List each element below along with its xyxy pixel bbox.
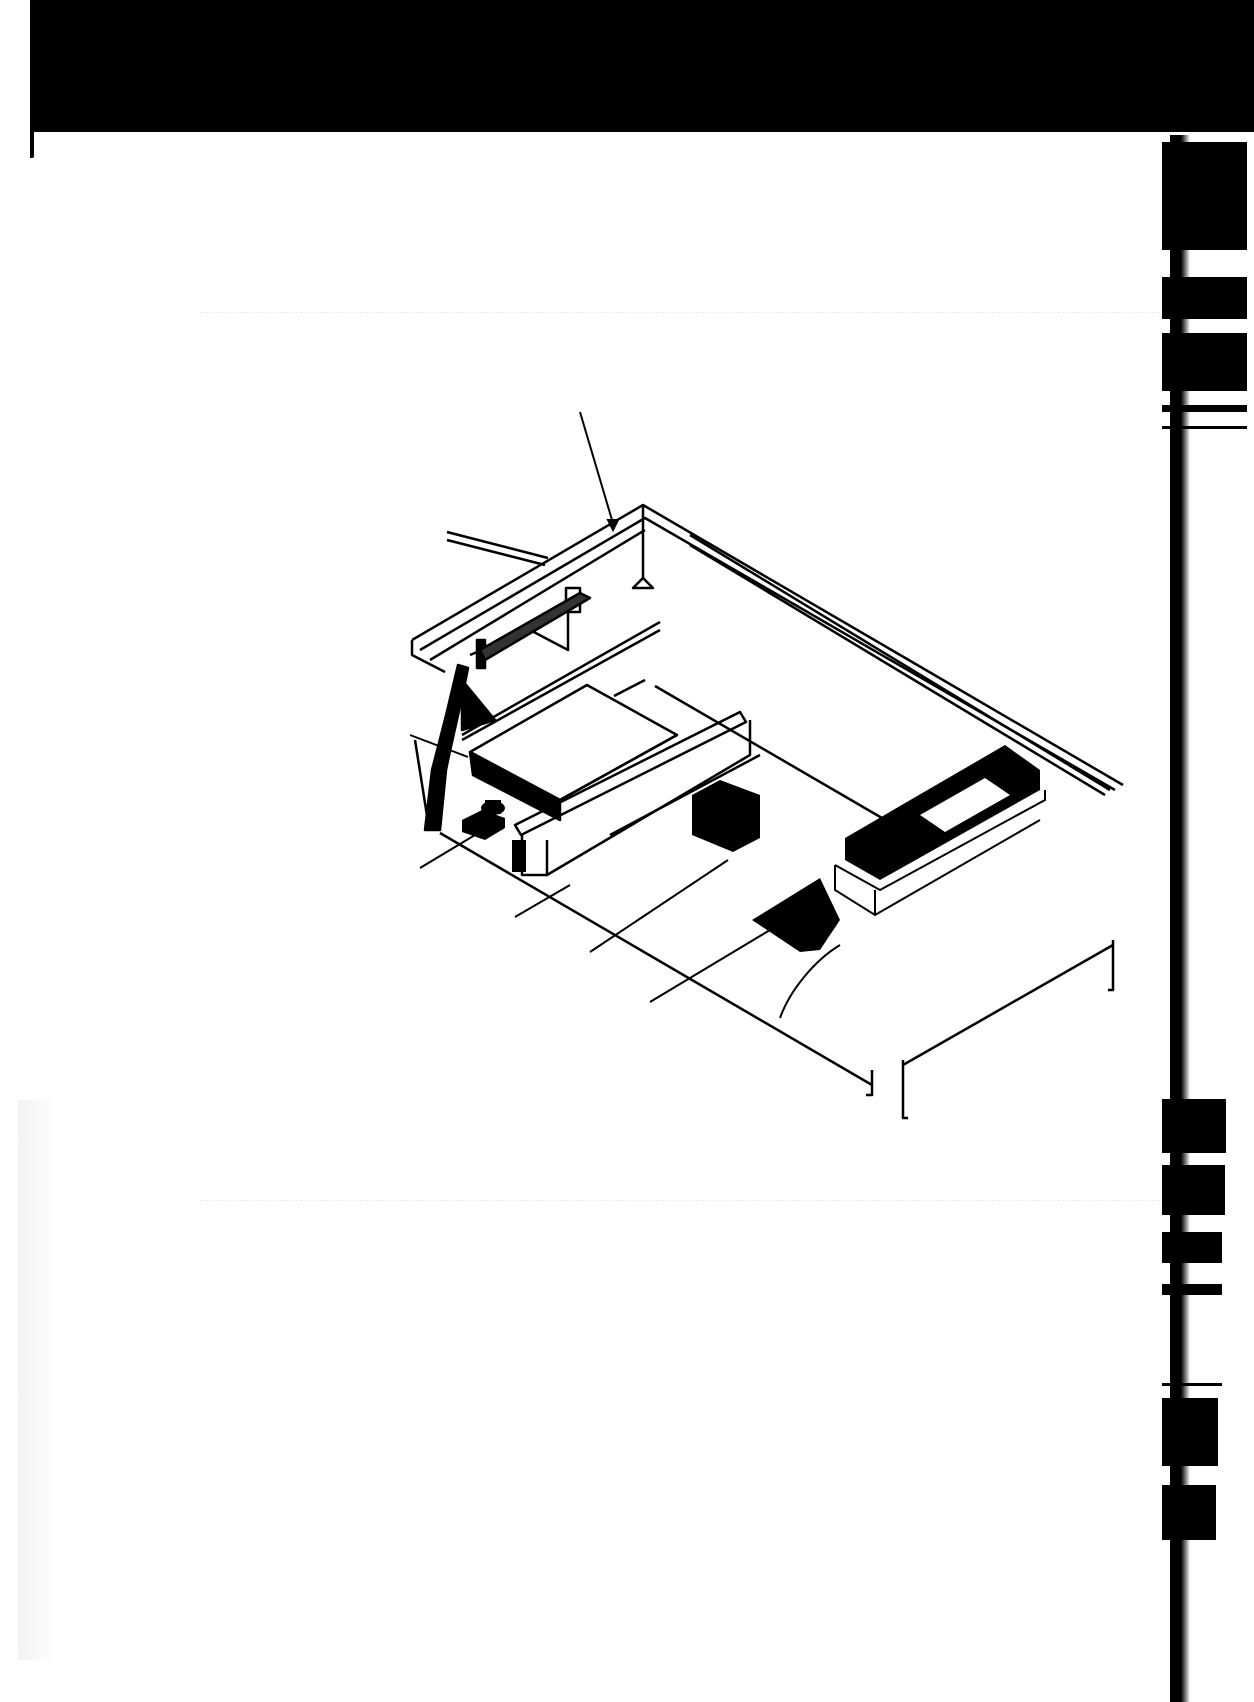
component-heatsink-panel [752,878,840,952]
component-base-small [462,810,505,840]
callout-leader-7 [780,945,840,1018]
callout-leader-5 [590,860,728,952]
callout-leader-1 [580,412,612,520]
callout-leader-4 [515,885,570,917]
tray-front-edge [440,833,872,1085]
tray-right-edge [903,945,1113,1065]
callout-leader-3 [420,835,475,868]
isometric-enclosure-diagram [0,0,1254,1702]
component-connector [512,840,526,872]
component-transformer [692,780,760,852]
